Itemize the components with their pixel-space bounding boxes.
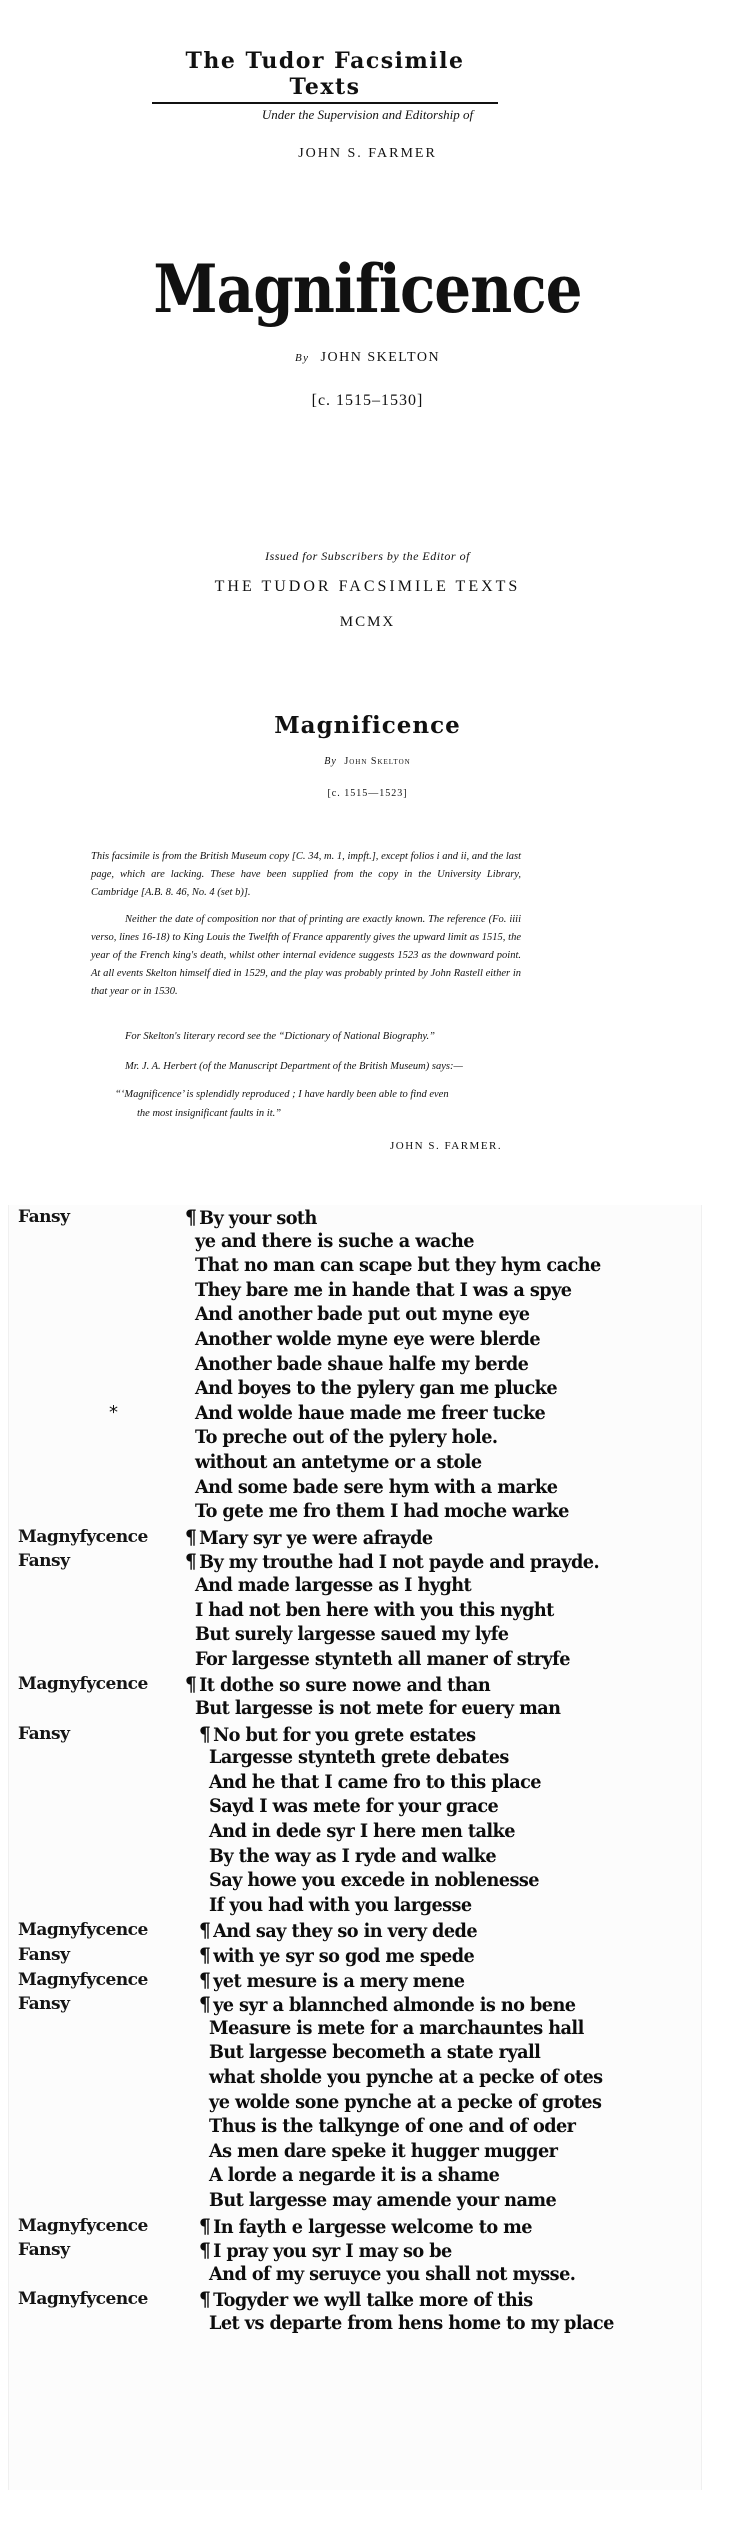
verse-line: Fansy¶I pray you syr I may so be [9, 2238, 701, 2262]
speaker-name: Magnyfycence [18, 1970, 148, 1990]
author-line: By JOHN SKELTON [0, 350, 735, 366]
verse-line: Magnyfycence¶And say they so in very ded… [9, 1918, 701, 1942]
verse-line: Fansy¶By my trouthe had I not payde and … [9, 1549, 701, 1573]
verse-text: ¶No but for you grete estates [199, 1722, 476, 1746]
note-paragraph-source: This facsimile is from the British Museu… [91, 848, 521, 902]
pilcrow-mark: ¶ [185, 1672, 196, 1696]
verse-text: And wolde haue made me freer tucke [195, 1402, 545, 1424]
verse-text: ye and there is suche a wache [195, 1230, 474, 1252]
verse-line: Measure is mete for a marchauntes hall [9, 2017, 701, 2041]
verse-text: And boyes to the pylery gan me plucke [195, 1377, 557, 1399]
verse-text: And in dede syr I here men talke [209, 1820, 515, 1842]
supervision-line: Under the Supervision and Editorship of [0, 107, 735, 123]
verse-line: Thus is the talkynge of one and of oder [9, 2115, 701, 2139]
verse-line: By the way as I ryde and walke [9, 1845, 701, 1869]
verse-line: ye wolde sone pynche at a pecke of grote… [9, 2091, 701, 2115]
verse-text: ¶It dothe so sure nowe and than [185, 1672, 490, 1696]
verse-text: For largesse stynteth all maner of stryf… [195, 1648, 570, 1670]
pilcrow-mark: ¶ [185, 1205, 196, 1229]
verse-text: without an antetyme or a stole [195, 1451, 482, 1473]
speaker-name: Fansy [18, 1207, 69, 1227]
verse-text: To preche out of the pylery hole. [195, 1426, 497, 1448]
verse-text: Sayd I was mete for your grace [209, 1795, 498, 1817]
verse-line: Another wolde myne eye were blerde [9, 1328, 701, 1352]
verse-line: I had not ben here with you this nyght [9, 1599, 701, 1623]
verse-line: And boyes to the pylery gan me plucke [9, 1377, 701, 1401]
verse-text: But largesse may amende your name [209, 2189, 556, 2211]
author-name: JOHN SKELTON [321, 350, 441, 365]
verse-text: And some bade sere hym with a marke [195, 1476, 557, 1498]
date-range-small: [c. 1515—1523] [0, 788, 735, 799]
verse-line: Magnyfycence¶In fayth e largesse welcome… [9, 2214, 701, 2238]
publication-year: MCMX [0, 614, 735, 631]
verse-line: As men dare speke it hugger mugger [9, 2140, 701, 2164]
verse-text: ye wolde sone pynche at a pecke of grote… [209, 2091, 601, 2113]
verse-line: To gete me fro them I had moche warke [9, 1500, 701, 1524]
verse-text: And of my seruyce you shall not mysse. [209, 2263, 575, 2285]
verse-text: But largesse becometh a state ryall [209, 2041, 540, 2063]
note-paragraph-dating: Neither the date of composition nor that… [91, 911, 521, 1001]
verse-text: ¶yet mesure is a mery mene [199, 1968, 464, 1992]
speaker-name: Fansy [18, 2240, 69, 2260]
date-range: [c. 1515–1530] [0, 392, 735, 410]
verse-line: Fansy¶ye syr a blannched almonde is no b… [9, 1992, 701, 2016]
pilcrow-mark: ¶ [199, 1992, 210, 2016]
verse-text: ¶Togyder we wyll talke more of this [199, 2287, 533, 2311]
verse-text: Another bade shaue halfe my berde [195, 1353, 528, 1375]
pilcrow-mark: ¶ [185, 1525, 196, 1549]
herbert-quote: “‘Magnificence’ is splendidly reproduced… [91, 1085, 521, 1123]
verse-text: And another bade put out myne eye [195, 1303, 529, 1325]
verse-text: ¶I pray you syr I may so be [199, 2238, 452, 2262]
work-title-small: Magnificence [0, 712, 735, 739]
verse-line: Magnyfycence¶It dothe so sure nowe and t… [9, 1672, 701, 1696]
speaker-name: Magnyfycence [18, 1527, 148, 1547]
series-name: THE TUDOR FACSIMILE TEXTS [0, 578, 735, 596]
verse-text: Largesse stynteth grete debates [209, 1746, 509, 1768]
verse-line: Fansy¶By your soth [9, 1205, 701, 1229]
speaker-name: Fansy [18, 1724, 69, 1744]
verse-line: But largesse becometh a state ryall [9, 2041, 701, 2065]
verse-line: Let vs departe from hens home to my plac… [9, 2312, 701, 2336]
verse-text: ¶And say they so in very dede [199, 1918, 477, 1942]
verse-line: And in dede syr I here men talke [9, 1820, 701, 1844]
verse-line: And made largesse as I hyght [9, 1574, 701, 1598]
speaker-name: Magnyfycence [18, 1674, 148, 1694]
verse-text: what sholde you pynche at a pecke of ote… [209, 2066, 603, 2088]
series-title: The Tudor Facsimile Texts [152, 48, 498, 104]
verse-text: ¶By my trouthe had I not payde and prayd… [185, 1549, 599, 1573]
verse-line: Fansy¶No but for you grete estates [9, 1722, 701, 1746]
verse-line: Sayd I was mete for your grace [9, 1795, 701, 1819]
verse-text: ¶Mary syr ye were afrayde [185, 1525, 433, 1549]
verse-line: A lorde a negarde it is a shame [9, 2164, 701, 2188]
pilcrow-mark: ¶ [199, 1722, 210, 1746]
verse-text: And he that I came fro to this place [209, 1771, 541, 1793]
verse-line: *And wolde haue made me freer tucke [9, 1402, 701, 1426]
verse-text: They bare me in hande that I was a spye [195, 1279, 571, 1301]
speaker-name: Magnyfycence [18, 1920, 148, 1940]
verse-line: Another bade shaue halfe my berde [9, 1353, 701, 1377]
verse-text: If you had with you largesse [209, 1894, 472, 1916]
speaker-name: Fansy [18, 1551, 69, 1571]
quote-line-1: “‘Magnificence’ is splendidly reproduced… [115, 1085, 521, 1104]
verse-line: That no man can scape but they hym cache [9, 1254, 701, 1278]
speaker-name: Magnyfycence [18, 2216, 148, 2236]
verse-line: But surely largesse saued my lyfe [9, 1623, 701, 1647]
verse-text: A lorde a negarde it is a shame [209, 2164, 499, 2186]
verse-text: But largesse is not mete for euery man [195, 1697, 560, 1719]
verse-line: Magnyfycence¶Mary syr ye were afrayde [9, 1525, 701, 1549]
pilcrow-mark: ¶ [199, 2238, 210, 2262]
verse-line: Largesse stynteth grete debates [9, 1746, 701, 1770]
facsimile-page: Fansy¶By your sothye and there is suche … [8, 1205, 702, 2490]
verse-line: Magnyfycence¶yet mesure is a mery mene [9, 1968, 701, 1992]
note-paragraph-herbert: Mr. J. A. Herbert (of the Manuscript Dep… [91, 1058, 521, 1076]
verse-line: And he that I came fro to this place [9, 1771, 701, 1795]
verse-line: And another bade put out myne eye [9, 1303, 701, 1327]
verse-line: But largesse is not mete for euery man [9, 1697, 701, 1721]
verse-text: But surely largesse saued my lyfe [195, 1623, 508, 1645]
verse-text: ¶ye syr a blannched almonde is no bene [199, 1992, 575, 2016]
verse-text: ¶By your soth [185, 1205, 317, 1229]
verse-line: without an antetyme or a stole [9, 1451, 701, 1475]
pilcrow-mark: ¶ [199, 2287, 210, 2311]
speaker-name: Magnyfycence [18, 2289, 148, 2309]
verse-line: If you had with you largesse [9, 1894, 701, 1918]
author-name: John Skelton [344, 756, 410, 767]
pilcrow-mark: ¶ [199, 1943, 210, 1967]
verse-text: As men dare speke it hugger mugger [209, 2140, 557, 2162]
verse-line: what sholde you pynche at a pecke of ote… [9, 2066, 701, 2090]
verse-line: But largesse may amende your name [9, 2189, 701, 2213]
verse-text: Let vs departe from hens home to my plac… [209, 2312, 614, 2334]
note-paragraph-biography: For Skelton's literary record see the “D… [91, 1028, 521, 1046]
speaker-name: Fansy [18, 1994, 69, 2014]
verse-line: And some bade sere hym with a marke [9, 1476, 701, 1500]
verse-text: ¶with ye syr so god me spede [199, 1943, 474, 1967]
signature: JOHN S. FARMER. [390, 1140, 502, 1152]
verse-text: And made largesse as I hyght [195, 1574, 471, 1596]
verse-line: They bare me in hande that I was a spye [9, 1279, 701, 1303]
verse-text: Another wolde myne eye were blerde [195, 1328, 540, 1350]
verse-line: And of my seruyce you shall not mysse. [9, 2263, 701, 2287]
pilcrow-mark: ¶ [199, 2214, 210, 2238]
editor-name: JOHN S. FARMER [0, 146, 735, 162]
verse-text: That no man can scape but they hym cache [195, 1254, 601, 1276]
author-line-small: By John Skelton [0, 756, 735, 767]
margin-asterisk: * [109, 1402, 118, 1423]
verse-text: ¶In fayth e largesse welcome to me [199, 2214, 532, 2238]
verse-text: To gete me fro them I had moche warke [195, 1500, 569, 1522]
verse-text: Say howe you excede in noblenesse [209, 1869, 539, 1891]
verse-text: By the way as I ryde and walke [209, 1845, 496, 1867]
pilcrow-mark: ¶ [185, 1549, 196, 1573]
pilcrow-mark: ¶ [199, 1918, 210, 1942]
work-title: Magnificence [0, 250, 735, 328]
verse-line: To preche out of the pylery hole. [9, 1426, 701, 1450]
pilcrow-mark: ¶ [199, 1968, 210, 1992]
by-label: By [324, 756, 337, 767]
verse-line: Fansy¶with ye syr so god me spede [9, 1943, 701, 1967]
quote-line-2: the most insignificant faults in it.” [115, 1104, 521, 1123]
verse-text: I had not ben here with you this nyght [195, 1599, 554, 1621]
verse-line: Say howe you excede in noblenesse [9, 1869, 701, 1893]
verse-line: For largesse stynteth all maner of stryf… [9, 1648, 701, 1672]
verse-line: Magnyfycence¶Togyder we wyll talke more … [9, 2287, 701, 2311]
issued-line: Issued for Subscribers by the Editor of [0, 549, 735, 564]
verse-text: Measure is mete for a marchauntes hall [209, 2017, 584, 2039]
speaker-name: Fansy [18, 1945, 69, 1965]
by-label: By [295, 352, 310, 364]
verse-text: Thus is the talkynge of one and of oder [209, 2115, 575, 2137]
verse-line: ye and there is suche a wache [9, 1230, 701, 1254]
